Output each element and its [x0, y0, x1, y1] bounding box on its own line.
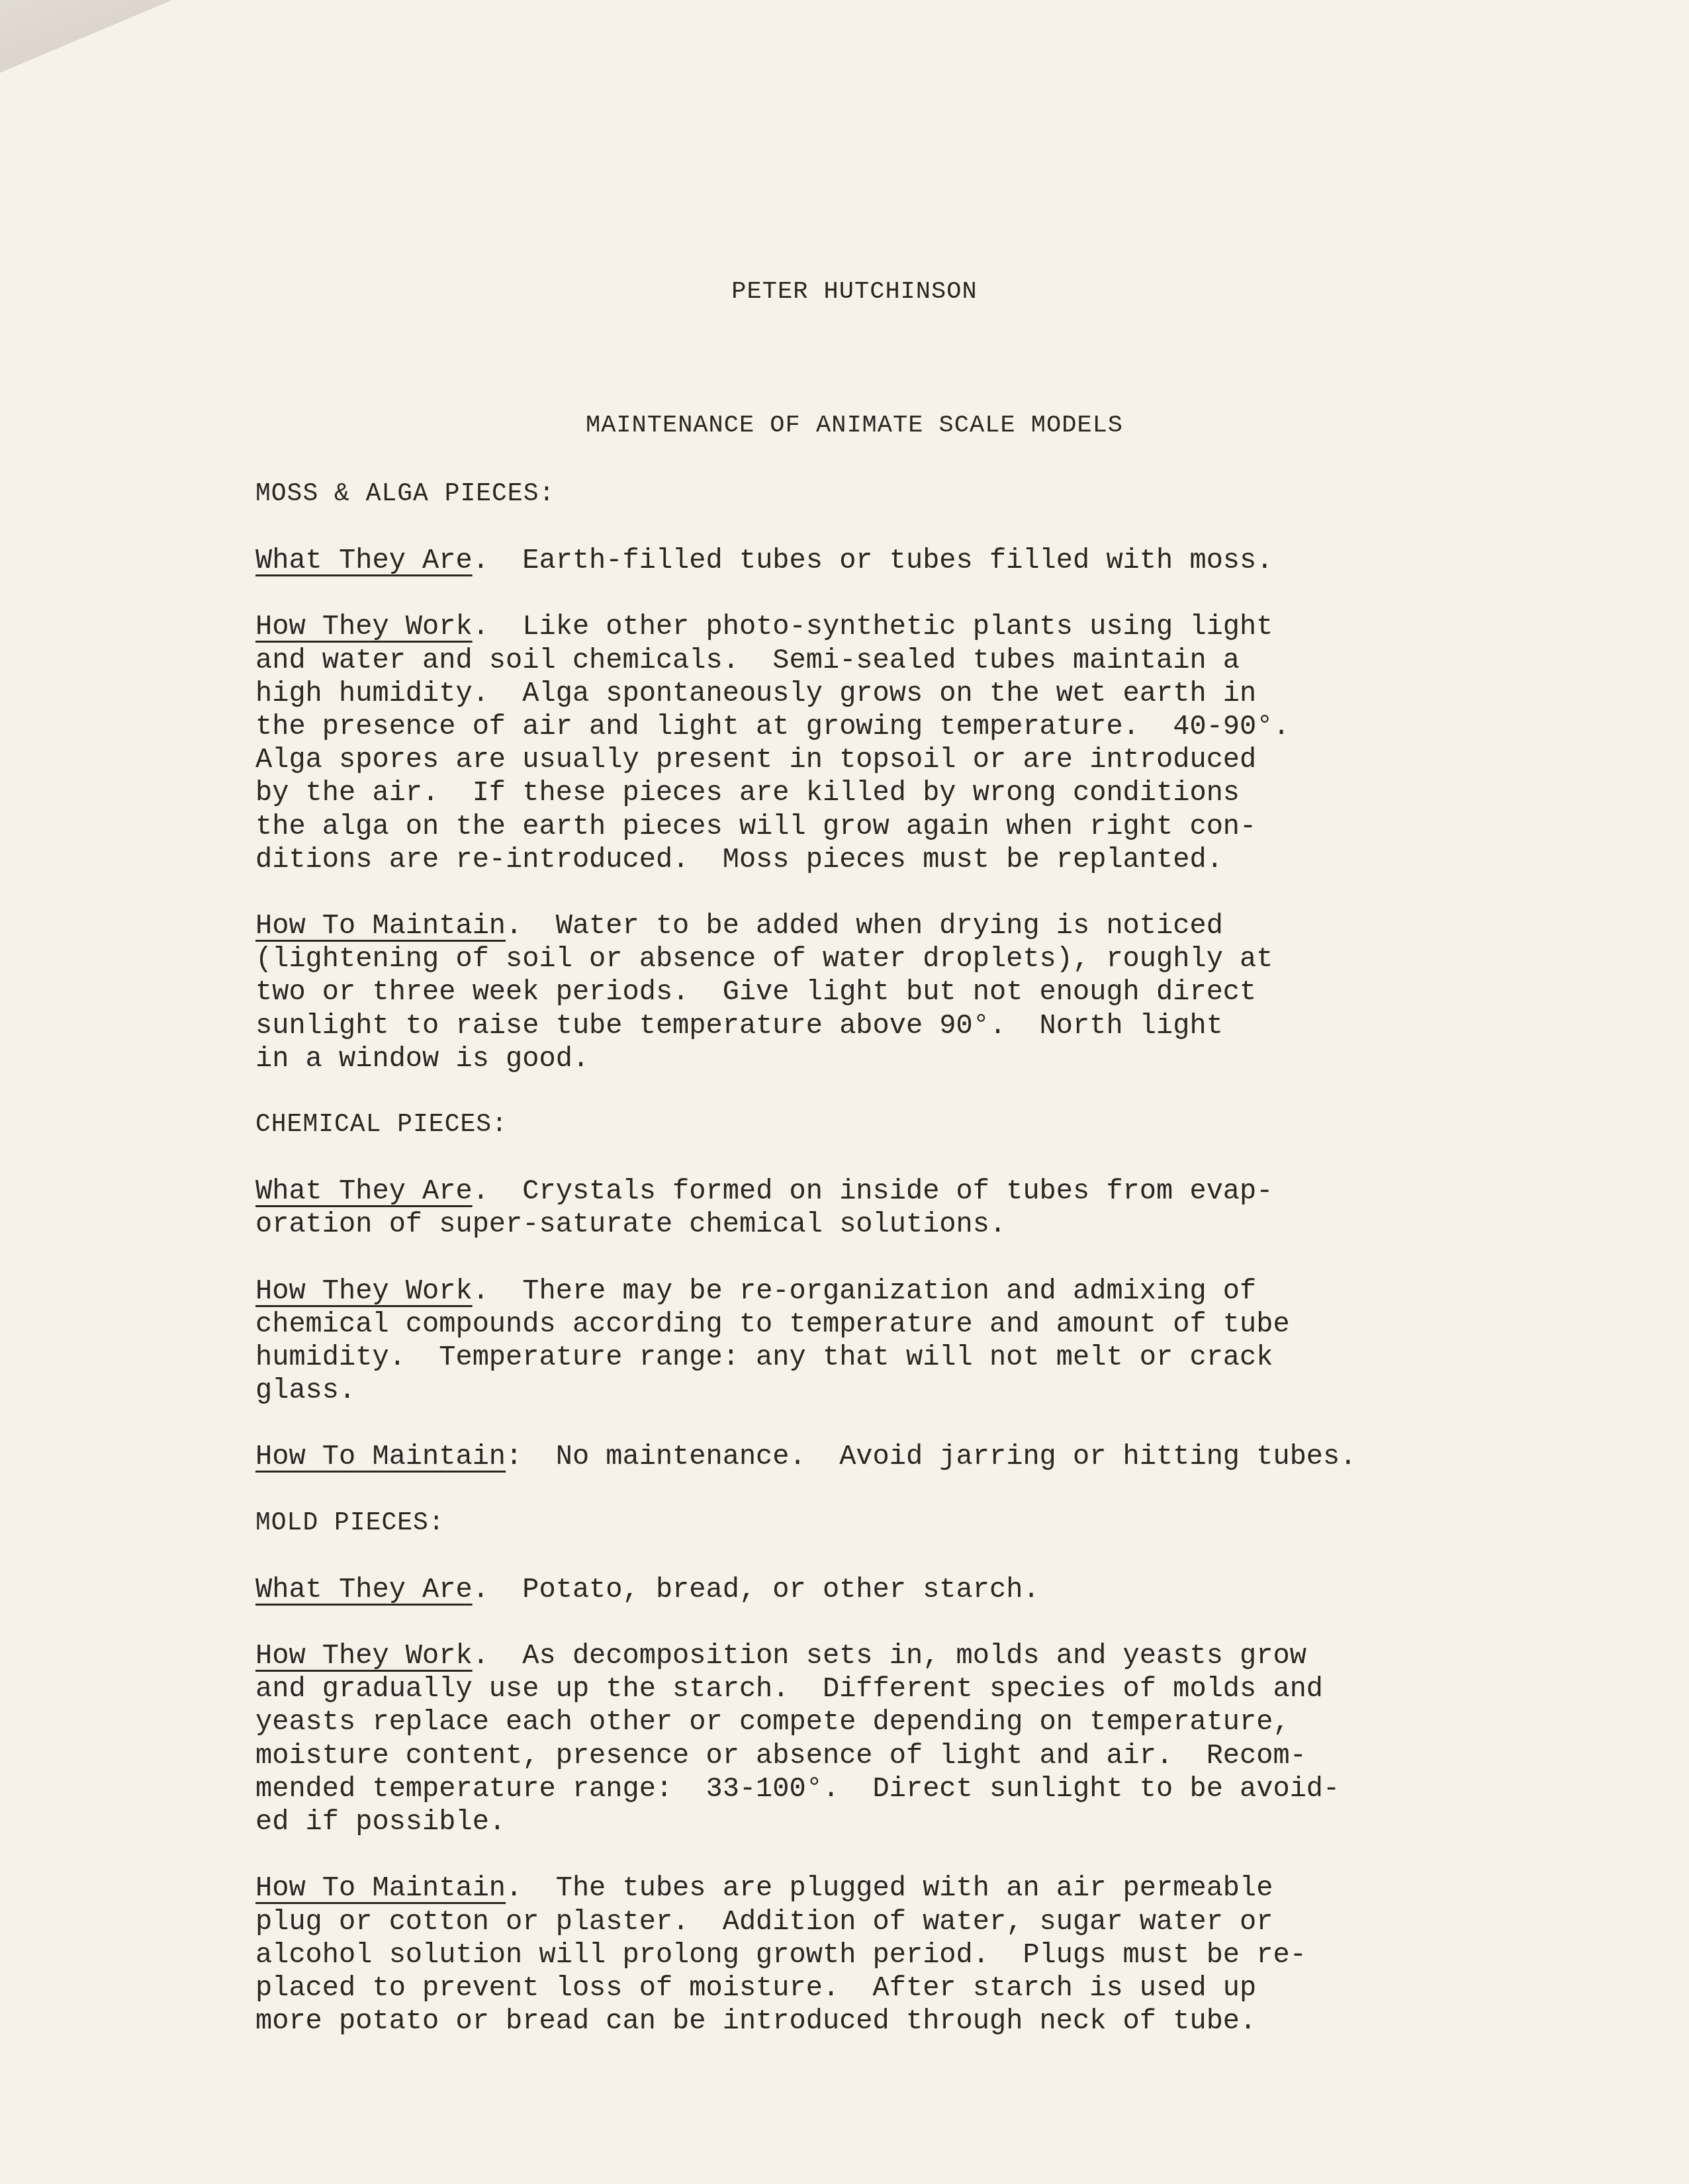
document-title: MAINTENANCE OF ANIMATE SCALE MODELS: [0, 412, 1689, 439]
text-line: placed to prevent loss of moisture. Afte…: [255, 1972, 1645, 2005]
document-body: MOSS & ALGA PIECES:What They Are. Earth-…: [255, 478, 1645, 2071]
text-line: plug or cotton or plaster. Addition of w…: [255, 1905, 1645, 1938]
text-line: glass.: [255, 1374, 1645, 1407]
text-line: chemical compounds according to temperat…: [255, 1308, 1645, 1341]
paragraph-label: What They Are: [255, 1175, 473, 1207]
paragraph: What They Are. Earth-filled tubes or tub…: [255, 544, 1645, 577]
paragraph: What They Are. Crystals formed on inside…: [255, 1175, 1645, 1241]
paragraph-label: How To Maintain: [255, 1872, 506, 1904]
text-line: by the air. If these pieces are killed b…: [255, 776, 1645, 809]
paragraph-label: What They Are: [255, 1574, 473, 1606]
paragraph: How They Work. There may be re-organizat…: [255, 1275, 1645, 1408]
paragraph-label: How They Work: [255, 1640, 473, 1672]
text-line: oration of super-saturate chemical solut…: [255, 1208, 1645, 1241]
text-line: ditions are re-introduced. Moss pieces m…: [255, 843, 1645, 876]
text-line: two or three week periods. Give light bu…: [255, 976, 1645, 1009]
text-line: alcohol solution will prolong growth per…: [255, 1938, 1645, 1972]
text-line: moisture content, presence or absence of…: [255, 1739, 1645, 1772]
paragraph-label: How To Maintain: [255, 1441, 506, 1473]
paragraph-label: What They Are: [255, 545, 473, 576]
paragraph: How To Maintain. Water to be added when …: [255, 909, 1645, 1075]
text-line: What They Are. Potato, bread, or other s…: [255, 1573, 1645, 1606]
text-line: and water and soil chemicals. Semi-seale…: [255, 644, 1645, 677]
paragraph-label: How They Work: [255, 1275, 473, 1307]
text-line: the presence of air and light at growing…: [255, 710, 1645, 743]
text-line: and gradually use up the starch. Differe…: [255, 1672, 1645, 1706]
text-line: yeasts replace each other or compete dep…: [255, 1706, 1645, 1739]
paragraph: What They Are. Potato, bread, or other s…: [255, 1573, 1645, 1606]
text-line: How They Work. As decomposition sets in,…: [255, 1639, 1645, 1672]
text-line: ed if possible.: [255, 1805, 1645, 1839]
folded-corner: [0, 0, 172, 73]
text-line: What They Are. Crystals formed on inside…: [255, 1175, 1645, 1208]
text-line: How They Work. There may be re-organizat…: [255, 1275, 1645, 1308]
section-heading: CHEMICAL PIECES:: [255, 1109, 1645, 1142]
text-line: more potato or bread can be introduced t…: [255, 2005, 1645, 2038]
author-name: PETER HUTCHINSON: [0, 278, 1689, 306]
text-line: How They Work. Like other photo-syntheti…: [255, 610, 1645, 643]
text-line: How To Maintain. Water to be added when …: [255, 909, 1645, 942]
paragraph-label: How To Maintain: [255, 910, 506, 942]
text-line: mended temperature range: 33-100°. Direc…: [255, 1772, 1645, 1805]
paragraph: How They Work. Like other photo-syntheti…: [255, 610, 1645, 876]
section-heading: MOLD PIECES:: [255, 1507, 1645, 1540]
text-line: in a window is good.: [255, 1042, 1645, 1075]
text-line: high humidity. Alga spontaneously grows …: [255, 677, 1645, 710]
text-line: humidity. Temperature range: any that wi…: [255, 1341, 1645, 1374]
text-line: (lightening of soil or absence of water …: [255, 942, 1645, 976]
text-line: sunlight to raise tube temperature above…: [255, 1009, 1645, 1042]
text-line: Alga spores are usually present in topso…: [255, 743, 1645, 776]
section-heading: MOSS & ALGA PIECES:: [255, 478, 1645, 511]
paragraph: How To Maintain. The tubes are plugged w…: [255, 1872, 1645, 2038]
paragraph-label: How They Work: [255, 611, 473, 643]
text-line: How To Maintain: No maintenance. Avoid j…: [255, 1440, 1645, 1473]
text-line: the alga on the earth pieces will grow a…: [255, 810, 1645, 843]
typewritten-page: PETER HUTCHINSON MAINTENANCE OF ANIMATE …: [0, 0, 1689, 2184]
text-line: How To Maintain. The tubes are plugged w…: [255, 1872, 1645, 1905]
text-line: What They Are. Earth-filled tubes or tub…: [255, 544, 1645, 577]
paragraph: How They Work. As decomposition sets in,…: [255, 1639, 1645, 1839]
paragraph: How To Maintain: No maintenance. Avoid j…: [255, 1440, 1645, 1473]
